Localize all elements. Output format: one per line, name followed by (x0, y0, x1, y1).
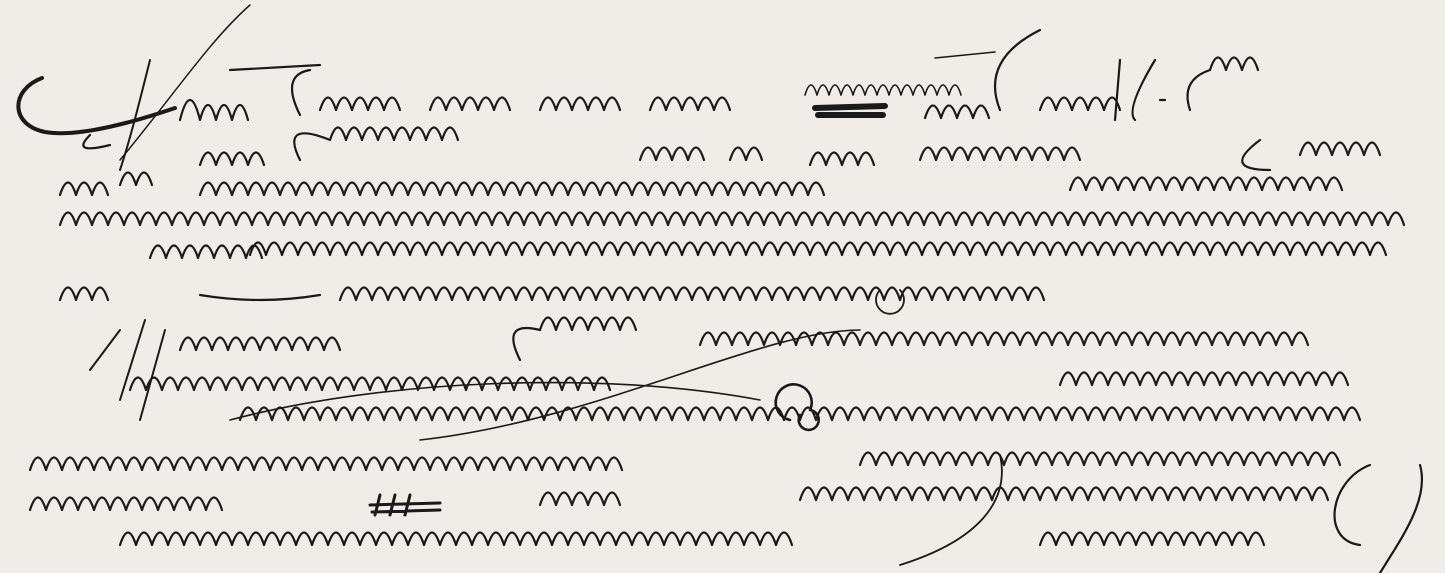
handwritten-page: Scan of dense, illegible (asemic) cursiv… (0, 0, 1445, 573)
handwriting-strokes (0, 0, 1445, 573)
